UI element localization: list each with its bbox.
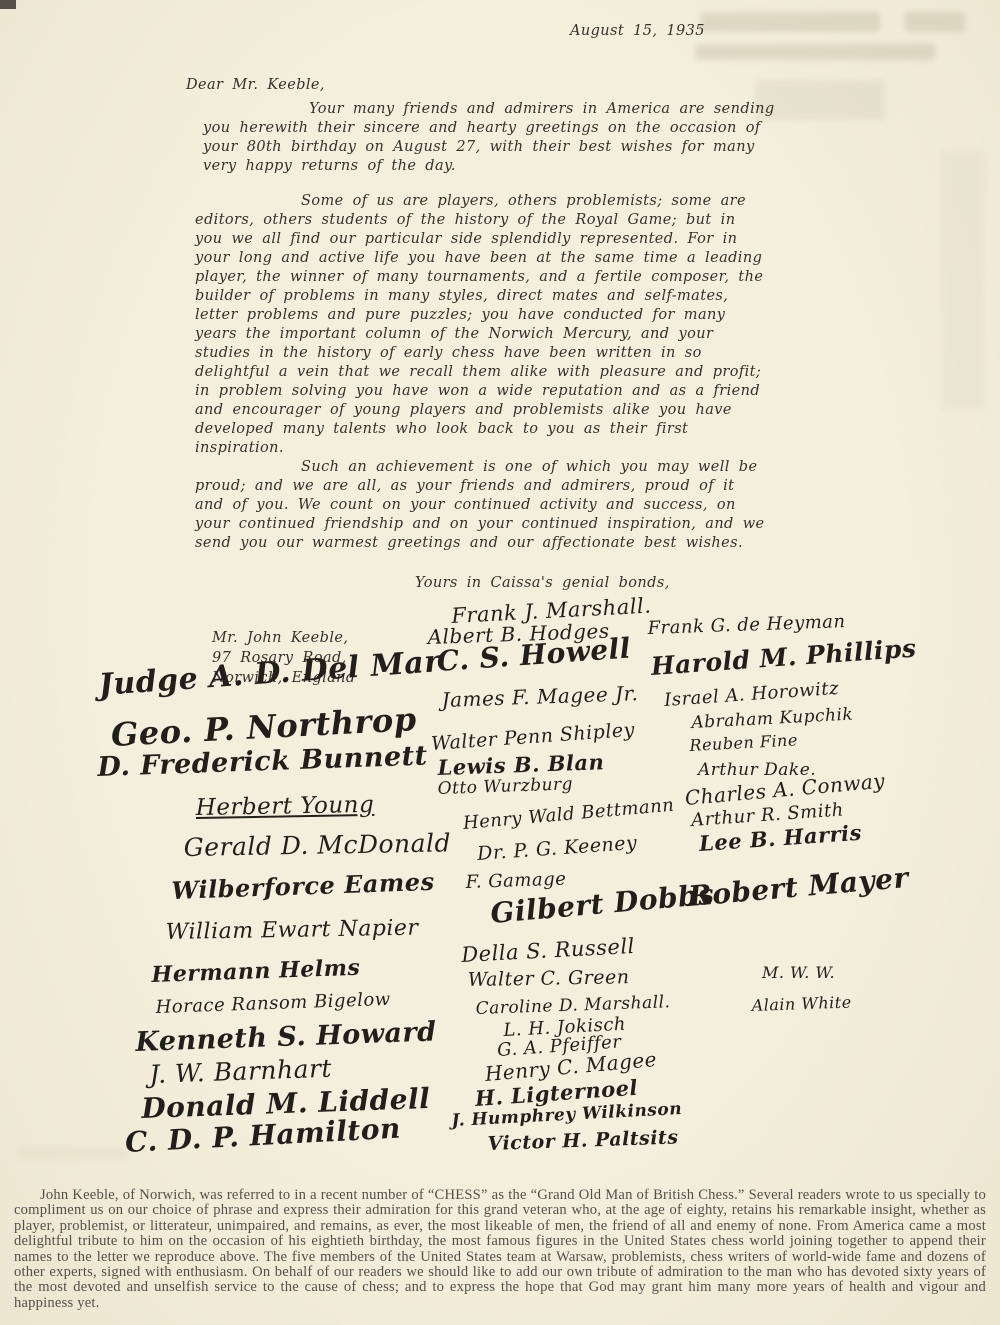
letter-paragraph-2: Some of us are players, others problemis…	[195, 192, 767, 458]
signature: Della S. Russell	[461, 934, 636, 967]
signature: Walter C. Green	[468, 966, 630, 991]
bleedthrough-smudge	[940, 150, 985, 410]
letter-salutation: Dear Mr. Keeble,	[186, 76, 325, 95]
signature: Alain White	[751, 993, 852, 1015]
signature: William Ewart Napier	[166, 916, 419, 945]
signature: Dr. P. G. Keeney	[476, 832, 637, 865]
signature: James F. Magee Jr.	[441, 681, 639, 712]
signature: Hermann Helms	[151, 955, 361, 988]
signature: M. W. W.	[762, 963, 835, 982]
signature: Victor H. Paltsits	[487, 1126, 679, 1155]
signature: Walter Penn Shipley	[430, 719, 635, 755]
scanned-letter-page: August 15, 1935 Dear Mr. Keeble, Your ma…	[0, 0, 1000, 1325]
bleedthrough-smudge	[700, 12, 880, 32]
footer-paragraph: John Keeble, of Norwich, was referred to…	[14, 1188, 986, 1311]
letter-closing: Yours in Caissa's genial bonds,	[415, 574, 670, 593]
signature: J. W. Barnhart	[149, 1054, 332, 1089]
signature: Herbert Young	[196, 792, 375, 821]
signature: Otto Wurzburg	[437, 774, 573, 799]
signature: Henry Wald Bettmann	[462, 795, 675, 834]
scan-corner-mark	[0, 0, 16, 9]
signature: Reuben Fine	[689, 730, 798, 755]
signature: Abraham Kupchik	[691, 705, 854, 733]
letter-paragraph-1: Your many friends and admirers in Americ…	[203, 100, 775, 176]
signature: Kenneth S. Howard	[135, 1017, 437, 1058]
signature: Gerald D. McDonald	[183, 828, 451, 862]
signature: Caroline D. Marshall.	[475, 992, 670, 1019]
bleedthrough-smudge	[905, 12, 965, 32]
signature: F. Gamage	[465, 868, 566, 893]
signature: Robert Mayer	[687, 861, 910, 913]
bleedthrough-smudge	[18, 1148, 128, 1160]
letter-paragraph-3: Such an achievement is one of which you …	[195, 458, 767, 553]
signature: Wilberforce Eames	[171, 867, 435, 905]
letter-date: August 15, 1935	[570, 22, 705, 41]
signature: Horace Ransom Bigelow	[155, 989, 391, 1018]
address-line-1: Mr. John Keeble,	[212, 628, 356, 648]
signature: Frank G. de Heyman	[647, 611, 846, 639]
bleedthrough-smudge	[695, 44, 935, 60]
signature: Harold M. Phillips	[650, 634, 917, 681]
